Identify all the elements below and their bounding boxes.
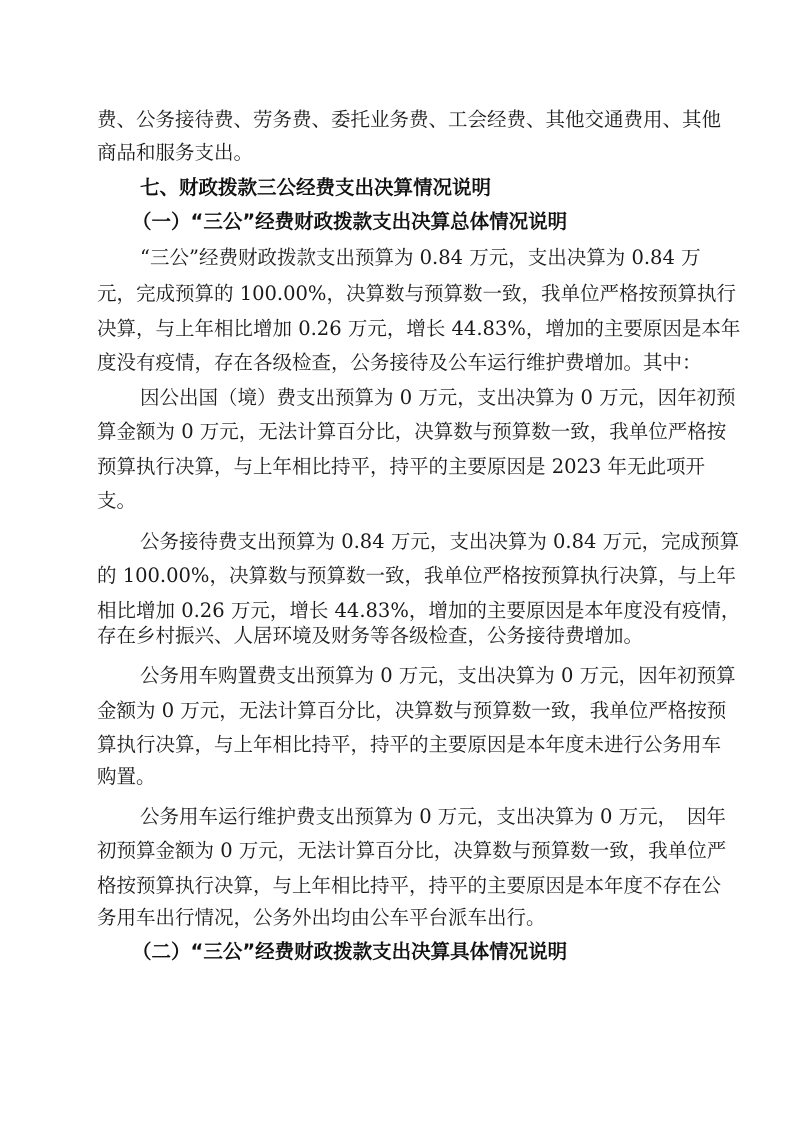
body-line: 格按预算执行决算，与上年相比持平，持平的主要原因是本年度不存在公	[97, 871, 697, 901]
body-line: “三公”经费财政拨款支出预算为 0.84 万元，支出决算为 0.84 万	[140, 243, 697, 273]
section-heading: 七、财政拨款三公经费支出决算情况说明	[140, 173, 491, 203]
body-line: 存在乡村振兴、人居环境及财务等各级检查，公务接待费增加。	[97, 621, 697, 651]
body-line: 购置。	[97, 762, 697, 792]
subheading-overall: （一）“三公”经费财政拨款支出决算总体情况说明	[132, 207, 567, 237]
subheading-detail: （二）“三公”经费财政拨款支出决算具体情况说明	[132, 937, 567, 967]
body-line: 度没有疫情，存在各级检查，公务接待及公车运行维护费增加。其中：	[97, 348, 697, 378]
body-line: 预算执行决算，与上年相比持平，持平的主要原因是 2023 年无此项开	[97, 452, 697, 482]
body-line: 初预算金额为 0 万元，无法计算百分比，决算数与预算数一致，我单位严	[97, 836, 697, 866]
body-line: 公务用车购置费支出预算为 0 万元，支出决算为 0 万元，因年初预算	[140, 661, 697, 691]
body-line: 公务接待费支出预算为 0.84 万元，支出决算为 0.84 万元，完成预算	[140, 527, 697, 557]
body-line: 务用车出行情况，公务外出均由公车平台派车出行。	[97, 903, 697, 933]
body-line: 元，完成预算的 100.00%，决算数与预算数一致，我单位严格按预算执行	[97, 279, 697, 309]
body-line: 算执行决算，与上年相比持平，持平的主要原因是本年度未进行公务用车	[97, 730, 697, 760]
body-line: 算金额为 0 万元，无法计算百分比，决算数与预算数一致，我单位严格按	[97, 417, 697, 447]
body-line: 公务用车运行维护费支出预算为 0 万元，支出决算为 0 万元， 因年	[140, 802, 697, 832]
body-line: 费、公务接待费、劳务费、委托业务费、工会经费、其他交通费用、其他	[97, 105, 697, 135]
body-line: 金额为 0 万元，无法计算百分比，决算数与预算数一致，我单位严格按预	[97, 696, 697, 726]
body-line: 因公出国（境）费支出预算为 0 万元，支出决算为 0 万元，因年初预	[140, 383, 697, 413]
body-line: 商品和服务支出。	[97, 138, 697, 168]
body-line: 决算，与上年相比增加 0.26 万元，增长 44.83%，增加的主要原因是本年	[97, 314, 697, 344]
document-page: 费、公务接待费、劳务费、委托业务费、工会经费、其他交通费用、其他 商品和服务支出…	[0, 0, 793, 1122]
body-line: 的 100.00%，决算数与预算数一致，我单位严格按预算执行决算，与上年	[97, 561, 697, 591]
body-line: 支。	[97, 486, 697, 516]
